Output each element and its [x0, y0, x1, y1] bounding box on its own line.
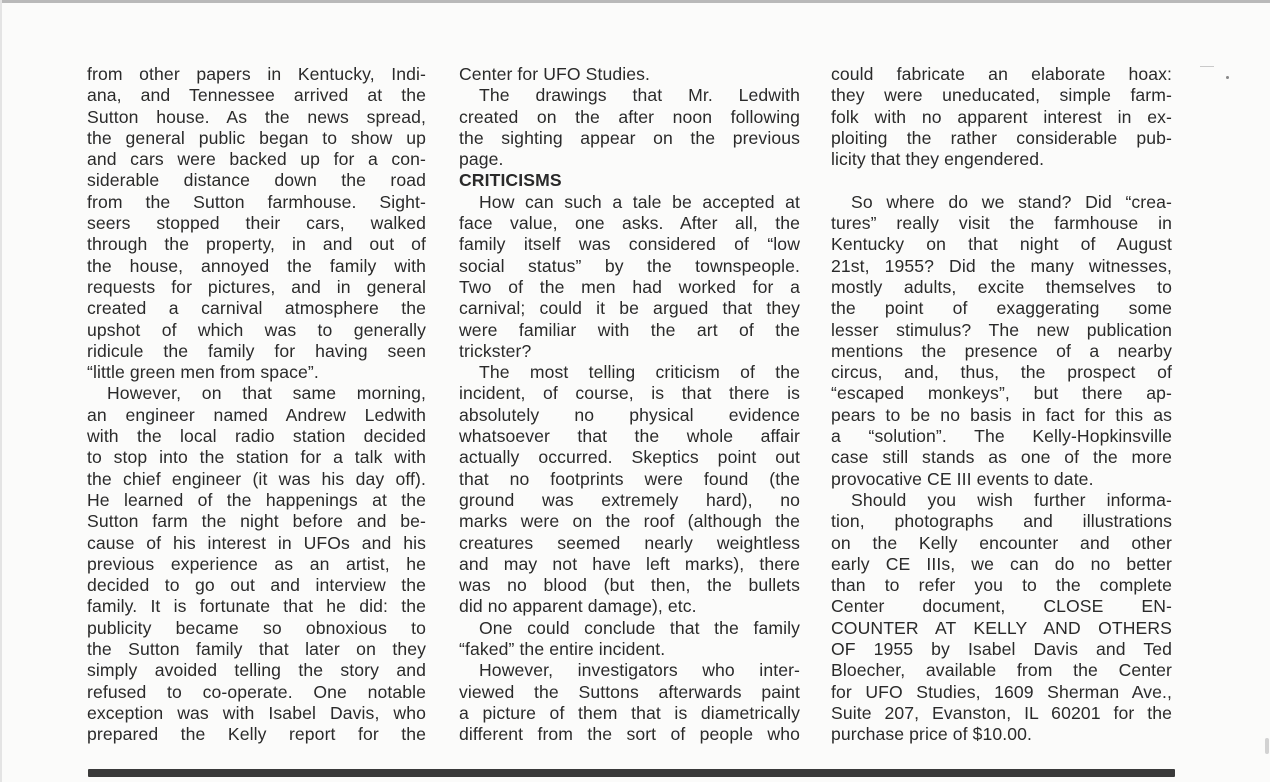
page-left-edge: [0, 0, 2, 782]
text-line: Kentucky on that night of August: [831, 234, 1172, 255]
text-line: the chief engineer (it was his day off).: [87, 469, 426, 490]
text-line: case still stands as one of the more: [831, 447, 1172, 468]
text-line: tion, photographs and illustrations: [831, 511, 1172, 532]
text-line: seers stopped their cars, walked: [87, 213, 426, 234]
text-line: a “solution”. The Kelly-Hopkinsville: [831, 426, 1172, 447]
text-line: ground was extremely hard), no: [459, 490, 800, 511]
text-line: from the Sutton farmhouse. Sight-: [87, 192, 426, 213]
scan-speck: [1226, 76, 1229, 79]
text-line: they were uneducated, simple farm-: [831, 85, 1172, 106]
text-line: social status” by the townspeople.: [459, 256, 800, 277]
text-line: upshot of which was to generally: [87, 320, 426, 341]
article-column-3: could fabricate an elaborate hoax:they w…: [831, 64, 1172, 746]
text-line: Bloecher, available from the Center: [831, 660, 1172, 681]
text-line: purchase price of $10.00.: [831, 724, 1172, 745]
text-line: the general public began to show up: [87, 128, 426, 149]
text-line: lesser stimulus? The new publication: [831, 320, 1172, 341]
text-line: the house, annoyed the family with: [87, 256, 426, 277]
section-heading: CRITICISMS: [459, 170, 800, 191]
text-line: “little green men from space”.: [87, 362, 426, 383]
text-line: did no apparent damage), etc.: [459, 596, 800, 617]
text-line: Center document, CLOSE EN-: [831, 596, 1172, 617]
text-line: siderable distance down the road: [87, 170, 426, 191]
text-line: could fabricate an elaborate hoax:: [831, 64, 1172, 85]
scanned-page: from other papers in Kentucky, Indi-ana,…: [0, 0, 1270, 782]
text-line: through the property, in and out of: [87, 234, 426, 255]
text-line: However, on that same morning,: [87, 383, 426, 404]
text-line: mentions the presence of a nearby: [831, 341, 1172, 362]
text-line: family. It is fortunate that he did: the: [87, 596, 426, 617]
text-line: Sutton house. As the news spread,: [87, 107, 426, 128]
text-line: ridicule the family for having seen: [87, 341, 426, 362]
text-line: Center for UFO Studies.: [459, 64, 800, 85]
text-line: “escaped monkeys”, but there ap-: [831, 383, 1172, 404]
text-line: licity that they engendered.: [831, 149, 1172, 170]
text-line: and may not have left marks), there: [459, 554, 800, 575]
text-line: tures” really visit the farmhouse in: [831, 213, 1172, 234]
text-line: different from the sort of people who: [459, 724, 800, 745]
text-line: and cars were backed up for a con-: [87, 149, 426, 170]
text-line: marks were on the roof (although the: [459, 511, 800, 532]
text-line: incident, of course, is that there is: [459, 383, 800, 404]
text-line: creatures seemed nearly weightless: [459, 533, 800, 554]
text-line: whatsoever that the whole affair: [459, 426, 800, 447]
text-line: [831, 170, 1172, 191]
text-line: ana, and Tennessee arrived at the: [87, 85, 426, 106]
text-line: One could conclude that the family: [459, 618, 800, 639]
text-line: provocative CE III events to date.: [831, 469, 1172, 490]
text-line: that no footprints were found (the: [459, 469, 800, 490]
text-line: simply avoided telling the story and: [87, 660, 426, 681]
text-line: than to refer you to the complete: [831, 575, 1172, 596]
text-line: Suite 207, Evanston, IL 60201 for the: [831, 703, 1172, 724]
text-line: a picture of them that is diametrically: [459, 703, 800, 724]
article-column-1: from other papers in Kentucky, Indi-ana,…: [87, 64, 426, 746]
scan-speck: [1200, 66, 1214, 67]
text-line: viewed the Suttons afterwards paint: [459, 682, 800, 703]
text-line: trickster?: [459, 341, 800, 362]
text-line: Sutton farm the night before and be-: [87, 511, 426, 532]
text-line: exception was with Isabel Davis, who: [87, 703, 426, 724]
text-line: was no blood (but then, the bullets: [459, 575, 800, 596]
text-line: to stop into the station for a talk with: [87, 447, 426, 468]
text-line: decided to go out and interview the: [87, 575, 426, 596]
text-line: created a carnival atmosphere the: [87, 298, 426, 319]
text-line: the point of exaggerating some: [831, 298, 1172, 319]
text-line: The most telling criticism of the: [459, 362, 800, 383]
text-line: folk with no apparent interest in ex-: [831, 107, 1172, 128]
text-line: So where do we stand? Did “crea-: [831, 192, 1172, 213]
text-line: were familiar with the art of the: [459, 320, 800, 341]
text-line: on the Kelly encounter and other: [831, 533, 1172, 554]
text-line: However, investigators who inter-: [459, 660, 800, 681]
text-line: OF 1955 by Isabel Davis and Ted: [831, 639, 1172, 660]
text-line: face value, one asks. After all, the: [459, 213, 800, 234]
bottom-rule-divider: [88, 769, 1175, 777]
text-line: family itself was considered of “low: [459, 234, 800, 255]
text-line: page.: [459, 149, 800, 170]
text-line: cause of his interest in UFOs and his: [87, 533, 426, 554]
text-line: “faked” the entire incident.: [459, 639, 800, 660]
text-line: with the local radio station decided: [87, 426, 426, 447]
text-line: The drawings that Mr. Ledwith: [459, 85, 800, 106]
text-line: COUNTER AT KELLY AND OTHERS: [831, 618, 1172, 639]
text-line: How can such a tale be accepted at: [459, 192, 800, 213]
text-line: for UFO Studies, 1609 Sherman Ave.,: [831, 682, 1172, 703]
text-line: refused to co-operate. One notable: [87, 682, 426, 703]
text-line: prepared the Kelly report for the: [87, 724, 426, 745]
text-line: an engineer named Andrew Ledwith: [87, 405, 426, 426]
text-line: 21st, 1955? Did the many witnesses,: [831, 256, 1172, 277]
text-line: Two of the men had worked for a: [459, 277, 800, 298]
text-line: He learned of the happenings at the: [87, 490, 426, 511]
text-line: previous experience as an artist, he: [87, 554, 426, 575]
article-column-2: Center for UFO Studies.The drawings that…: [459, 64, 800, 746]
text-line: requests for pictures, and in general: [87, 277, 426, 298]
text-line: actually occurred. Skeptics point out: [459, 447, 800, 468]
text-line: publicity became so obnoxious to: [87, 618, 426, 639]
text-line: from other papers in Kentucky, Indi-: [87, 64, 426, 85]
text-line: carnival; could it be argued that they: [459, 298, 800, 319]
text-line: the Sutton family that later on they: [87, 639, 426, 660]
text-line: absolutely no physical evidence: [459, 405, 800, 426]
text-line: ploiting the rather considerable pub-: [831, 128, 1172, 149]
text-line: early CE IIIs, we can do no better: [831, 554, 1172, 575]
page-top-edge: [0, 0, 1270, 3]
text-line: circus, and, thus, the prospect of: [831, 362, 1172, 383]
text-line: the sighting appear on the previous: [459, 128, 800, 149]
text-line: Should you wish further informa-: [831, 490, 1172, 511]
text-line: mostly adults, excite themselves to: [831, 277, 1172, 298]
text-line: pears to be no basis in fact for this as: [831, 405, 1172, 426]
scan-speck: [1265, 738, 1269, 754]
text-line: created on the after noon following: [459, 107, 800, 128]
